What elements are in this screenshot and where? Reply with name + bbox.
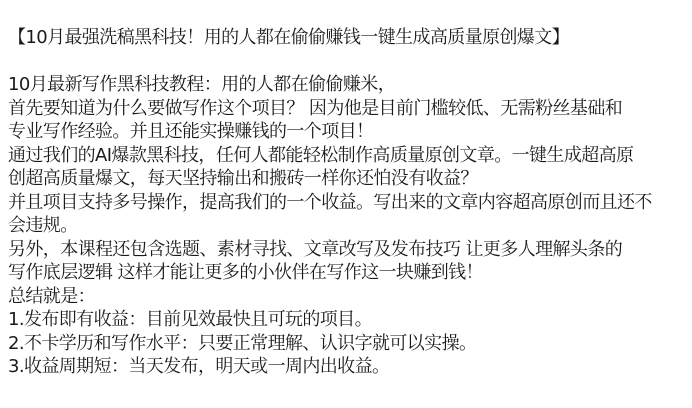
text-line: 创超高质量爆文，每天坚持输出和搬砖一样你还怕没有收益？ xyxy=(8,167,688,191)
text-line: 另外，本课程还包含选题、素材寻找、文章改写及发布技巧 让更多人理解头条的 xyxy=(8,238,688,262)
document-title: 【10月最强洗稿黑科技！用的人都在偷偷赚钱一键生成高质量原创爆文】 xyxy=(8,26,688,50)
text-line: 通过我们的AI爆款黑科技，任何人都能轻松制作高质量原创文章。一键生成超高原 xyxy=(8,144,688,168)
text-line: 首先要知道为什么要做写作这个项目？ 因为他是目前门槛较低、无需粉丝基础和 xyxy=(8,97,688,121)
summary-heading: 总结就是： xyxy=(8,285,688,309)
blank-line xyxy=(8,50,688,74)
text-line: 并且项目支持多号操作，提高我们的一个收益。写出来的文章内容超高原创而且还不 xyxy=(8,191,688,215)
text-line: 10月最新写作黑科技教程：用的人都在偷偷赚米， xyxy=(8,73,688,97)
summary-item: 3.收益周期短：当天发布，明天或一周内出收益。 xyxy=(8,355,688,379)
text-line: 会违规。 xyxy=(8,214,688,238)
summary-item: 1.发布即有收益：目前见效最快且可玩的项目。 xyxy=(8,308,688,332)
document-body: 【10月最强洗稿黑科技！用的人都在偷偷赚钱一键生成高质量原创爆文】 10月最新写… xyxy=(8,26,688,379)
summary-item: 2.不卡学历和写作水平：只要正常理解、认识字就可以实操。 xyxy=(8,332,688,356)
text-line: 专业写作经验。并且还能实操赚钱的一个项目！ xyxy=(8,120,688,144)
text-line: 写作底层逻辑 这样才能让更多的小伙伴在写作这一块赚到钱！ xyxy=(8,261,688,285)
